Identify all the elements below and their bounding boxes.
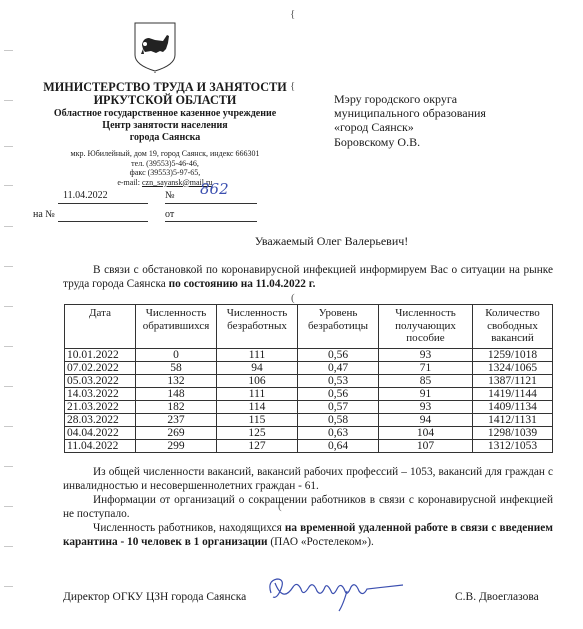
table-cell: 91 bbox=[379, 388, 473, 401]
margin-tick bbox=[4, 386, 13, 387]
institution-line-2: Центр занятости населения bbox=[40, 120, 290, 132]
table-cell: 115 bbox=[217, 414, 298, 427]
layoffs-paragraph: Информации от организаций о сокращении р… bbox=[63, 493, 553, 521]
table-row: 28.03.20222371150,58941412/1131 bbox=[65, 414, 553, 427]
labor-market-table: Дата Численность обратившихся Численност… bbox=[64, 304, 553, 453]
scan-mark: { bbox=[290, 8, 295, 20]
vacancies-paragraph: Из общей численности вакансий, вакансий … bbox=[63, 465, 553, 493]
table-cell: 0,58 bbox=[298, 414, 379, 427]
margin-tick bbox=[4, 466, 13, 467]
table-cell: 0,57 bbox=[298, 401, 379, 414]
table-cell: 132 bbox=[136, 375, 217, 388]
table-cell: 1259/1018 bbox=[473, 349, 553, 362]
contact-block: мкр. Юбилейный, дом 19, город Саянск, ин… bbox=[40, 149, 290, 187]
table-cell: 107 bbox=[379, 440, 473, 453]
table-cell: 1312/1053 bbox=[473, 440, 553, 453]
margin-tick bbox=[4, 426, 13, 427]
margin-tick bbox=[4, 50, 13, 51]
table-cell: 1409/1134 bbox=[473, 401, 553, 414]
column-header: Численность безработных bbox=[217, 305, 298, 349]
table-row: 14.03.20221481110,56911419/1144 bbox=[65, 388, 553, 401]
table-cell: 21.03.2022 bbox=[65, 401, 136, 414]
margin-tick bbox=[4, 226, 13, 227]
table-cell: 07.02.2022 bbox=[65, 362, 136, 375]
vacancies-text: Из общей численности вакансий, вакансий … bbox=[63, 466, 553, 492]
phone: тел. (39553)5-46-46, bbox=[40, 159, 290, 169]
table-cell: 93 bbox=[379, 349, 473, 362]
signatory-name: С.В. Двоеглазова bbox=[455, 591, 539, 603]
institution-line-3: города Саянска bbox=[40, 132, 290, 144]
column-header: Количество свободных вакансий bbox=[473, 305, 553, 349]
table-cell: 05.03.2022 bbox=[65, 375, 136, 388]
intro-end: . bbox=[313, 278, 316, 290]
table-cell: 111 bbox=[217, 349, 298, 362]
remote-work-end: (ПАО «Ростелеком»). bbox=[268, 536, 374, 548]
reply-number-label: на № bbox=[33, 209, 55, 220]
table-cell: 1387/1121 bbox=[473, 375, 553, 388]
table-row: 11.04.20222991270,641071312/1053 bbox=[65, 440, 553, 453]
recipient-line-4: Боровскому О.В. bbox=[334, 135, 486, 149]
table-cell: 127 bbox=[217, 440, 298, 453]
margin-tick bbox=[4, 306, 13, 307]
table-cell: 269 bbox=[136, 427, 217, 440]
table-cell: 114 bbox=[217, 401, 298, 414]
table-cell: 1298/1039 bbox=[473, 427, 553, 440]
handwritten-signature-icon bbox=[263, 573, 413, 613]
table-cell: 237 bbox=[136, 414, 217, 427]
table-cell: 14.03.2022 bbox=[65, 388, 136, 401]
table-cell: 125 bbox=[217, 427, 298, 440]
letter-date: 11.04.2022 bbox=[63, 190, 108, 201]
table-cell: 106 bbox=[217, 375, 298, 388]
column-header: Уровень безработицы bbox=[298, 305, 379, 349]
table-cell: 93 bbox=[379, 401, 473, 414]
intro-paragraph: В связи с обстановкой по коронавирусной … bbox=[63, 263, 553, 291]
remote-work-text: Численность работников, находящихся bbox=[93, 522, 285, 534]
table-cell: 1324/1065 bbox=[473, 362, 553, 375]
table-cell: 0,47 bbox=[298, 362, 379, 375]
table-cell: 94 bbox=[379, 414, 473, 427]
number-label: № bbox=[165, 190, 175, 201]
institution-name: Областное государственное казенное учреж… bbox=[40, 108, 290, 144]
column-header: Дата bbox=[65, 305, 136, 349]
table-row: 21.03.20221821140,57931409/1134 bbox=[65, 401, 553, 414]
margin-tick bbox=[4, 266, 13, 267]
recipient-line-3: «город Саянск» bbox=[334, 120, 486, 134]
table-row: 07.02.202258940,47711324/1065 bbox=[65, 362, 553, 375]
table-row: 05.03.20221321060,53851387/1121 bbox=[65, 375, 553, 388]
email-label: e-mail: bbox=[117, 178, 142, 187]
reply-number-underline bbox=[58, 221, 148, 222]
table-cell: 1419/1144 bbox=[473, 388, 553, 401]
layoffs-text: Информации от организаций о сокращении р… bbox=[63, 494, 553, 520]
table-cell: 0 bbox=[136, 349, 217, 362]
signatory-position: Директор ОГКУ ЦЗН города Саянска bbox=[63, 591, 246, 603]
margin-tick bbox=[4, 546, 13, 547]
letter-number: 862 bbox=[200, 180, 229, 198]
table-cell: 0,56 bbox=[298, 388, 379, 401]
table-cell: 94 bbox=[217, 362, 298, 375]
greeting: Уважаемый Олег Валерьевич! bbox=[0, 234, 583, 249]
table-cell: 71 bbox=[379, 362, 473, 375]
margin-tick bbox=[4, 146, 13, 147]
recipient-line-1: Мэру городского округа bbox=[334, 92, 486, 106]
irkutsk-coat-of-arms-icon bbox=[133, 21, 177, 73]
table-row: 04.04.20222691250,631041298/1039 bbox=[65, 427, 553, 440]
table-cell: 11.04.2022 bbox=[65, 440, 136, 453]
table-header-row: Дата Численность обратившихся Численност… bbox=[65, 305, 553, 349]
table-cell: 28.03.2022 bbox=[65, 414, 136, 427]
table-cell: 299 bbox=[136, 440, 217, 453]
scan-mark: ( bbox=[291, 292, 295, 304]
table-cell: 1412/1131 bbox=[473, 414, 553, 427]
table-cell: 04.04.2022 bbox=[65, 427, 136, 440]
email-line: e-mail: czn_sayansk@mail.ru bbox=[40, 178, 290, 188]
margin-tick bbox=[4, 185, 13, 186]
scan-mark: { bbox=[290, 80, 295, 92]
table-cell: 182 bbox=[136, 401, 217, 414]
institution-line-1: Областное государственное казенное учреж… bbox=[40, 108, 290, 120]
table-cell: 0,63 bbox=[298, 427, 379, 440]
recipient-line-2: муниципального образования bbox=[334, 106, 486, 120]
column-header: Численность получающих пособие bbox=[379, 305, 473, 349]
remote-work-paragraph: Численность работников, находящихся на в… bbox=[63, 521, 553, 549]
date-underline bbox=[58, 203, 148, 204]
address: мкр. Юбилейный, дом 19, город Саянск, ин… bbox=[40, 149, 290, 159]
table-cell: 111 bbox=[217, 388, 298, 401]
table-cell: 0,53 bbox=[298, 375, 379, 388]
table-cell: 85 bbox=[379, 375, 473, 388]
ministry-title: МИНИСТЕРСТВО ТРУДА И ЗАНЯТОСТИ ИРКУТСКОЙ… bbox=[40, 81, 290, 107]
number-underline bbox=[165, 203, 257, 204]
margin-tick bbox=[4, 586, 13, 587]
recipient-block: Мэру городского округа муниципального об… bbox=[334, 92, 486, 149]
table-cell: 148 bbox=[136, 388, 217, 401]
from-date-label: от bbox=[165, 209, 174, 220]
fax: факс (39553)5-97-65, bbox=[40, 168, 290, 178]
ministry-line-2: ИРКУТСКОЙ ОБЛАСТИ bbox=[40, 94, 290, 107]
margin-tick bbox=[4, 346, 13, 347]
margin-tick bbox=[4, 100, 13, 101]
intro-bold: по состоянию на 11.04.2022 г bbox=[169, 278, 313, 290]
margin-tick bbox=[4, 506, 13, 507]
table-cell: 104 bbox=[379, 427, 473, 440]
table-cell: 58 bbox=[136, 362, 217, 375]
from-date-underline bbox=[165, 221, 257, 222]
table-cell: 0,56 bbox=[298, 349, 379, 362]
table-row: 10.01.202201110,56931259/1018 bbox=[65, 349, 553, 362]
column-header: Численность обратившихся bbox=[136, 305, 217, 349]
table-cell: 0,64 bbox=[298, 440, 379, 453]
table-cell: 10.01.2022 bbox=[65, 349, 136, 362]
